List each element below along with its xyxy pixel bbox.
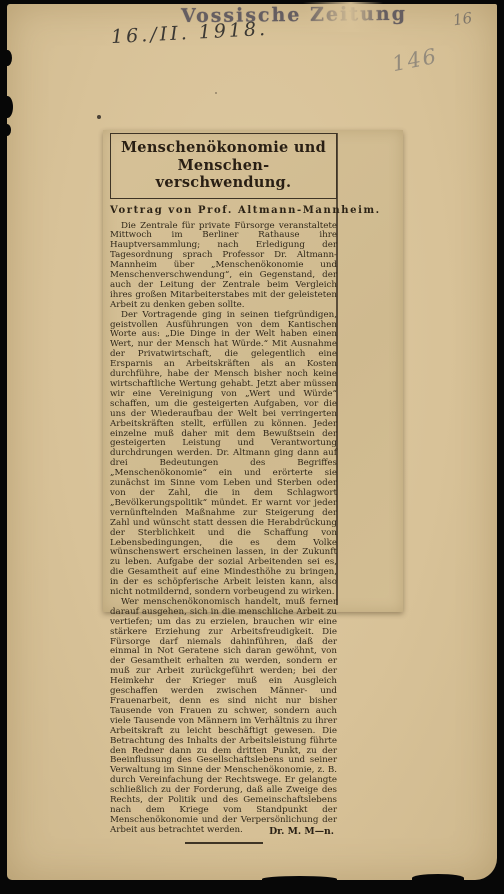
- author-signature: Dr. M. M—n.: [110, 826, 337, 837]
- article-paragraph: Wer menschenökonomisch handelt, muß fern…: [110, 598, 337, 836]
- headline-box: Menschenökonomie und Menschen- verschwen…: [110, 133, 337, 199]
- pencil-folio-number: 146: [390, 44, 440, 76]
- paper-speck: [215, 92, 217, 94]
- torn-edge-notch: [3, 124, 11, 136]
- article-paragraph: Der Vortragende ging in seinen tiefgründ…: [110, 311, 337, 598]
- scanned-archive-page: { "scan": { "stamp": "Vossische Zeitung"…: [0, 0, 504, 894]
- headline-line-2: verschwendung.: [114, 174, 333, 192]
- clipping-column: Menschenökonomie und Menschen- verschwen…: [110, 133, 337, 844]
- pencil-page-number: 16: [452, 9, 474, 30]
- end-divider-rule: [185, 842, 263, 844]
- lecture-byline: Vortrag von Prof. Altmann-Mannheim.: [110, 205, 337, 216]
- handwritten-date: 16./II. 1918.: [111, 18, 269, 48]
- article-body: Die Zentrale für private Fürsorge verans…: [110, 222, 337, 836]
- paper-speck: [97, 115, 101, 119]
- newspaper-clipping: Menschenökonomie und Menschen- verschwen…: [103, 130, 403, 612]
- torn-edge-notch: [262, 876, 337, 882]
- torn-edge-notch: [3, 50, 12, 66]
- headline-line-1: Menschenökonomie und Menschen-: [114, 139, 333, 174]
- torn-edge-notch: [2, 96, 13, 118]
- article-paragraph: Die Zentrale für private Fürsorge verans…: [110, 222, 337, 311]
- torn-edge-notch: [412, 874, 464, 882]
- backing-paper-sheet: Vossische Zeitung 16./II. 1918. 16 146 M…: [7, 4, 497, 880]
